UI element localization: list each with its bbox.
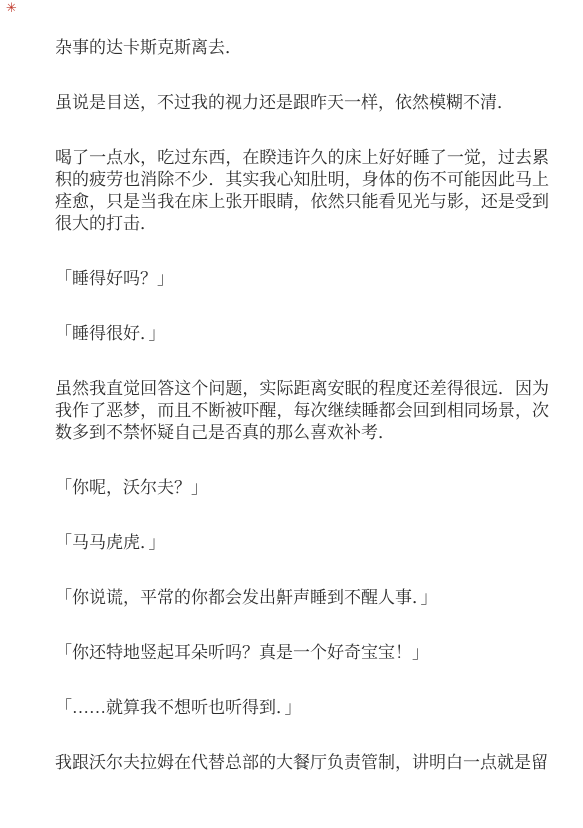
- paragraph: 喝了一点水，吃过东西，在睽违许久的床上好好睡了一觉，过去累积的疲劳也消除不少．其…: [55, 147, 549, 235]
- paragraph: 杂事的达卡斯克斯离去．: [55, 37, 549, 59]
- paragraph: 「你说谎，平常的你都会发出鼾声睡到不醒人事．」: [55, 587, 549, 609]
- paragraph: 「你呢，沃尔夫？」: [55, 477, 549, 499]
- paragraph: 我跟沃尔夫拉姆在代替总部的大餐厅负责管制，讲明白一点就是留: [55, 752, 549, 774]
- red-corner-mark-icon: ✳: [6, 2, 17, 15]
- page-text: 杂事的达卡斯克斯离去．虽说是目送，不过我的视力还是跟昨天一样，依然模糊不清．喝了…: [55, 37, 549, 774]
- paragraph: 「你还特地竖起耳朵听吗？真是一个好奇宝宝！」: [55, 642, 549, 664]
- paragraph: 「睡得好吗？」: [55, 268, 549, 290]
- paragraph: 虽说是目送，不过我的视力还是跟昨天一样，依然模糊不清．: [55, 92, 549, 114]
- novel-page: ✳ 杂事的达卡斯克斯离去．虽说是目送，不过我的视力还是跟昨天一样，依然模糊不清．…: [0, 0, 583, 828]
- paragraph: 「……就算我不想听也听得到．」: [55, 697, 549, 719]
- paragraph: 虽然我直觉回答这个问题，实际距离安眠的程度还差得很远．因为我作了恶梦，而且不断被…: [55, 378, 549, 444]
- paragraph: 「马马虎虎．」: [55, 532, 549, 554]
- paragraph: 「睡得很好．」: [55, 323, 549, 345]
